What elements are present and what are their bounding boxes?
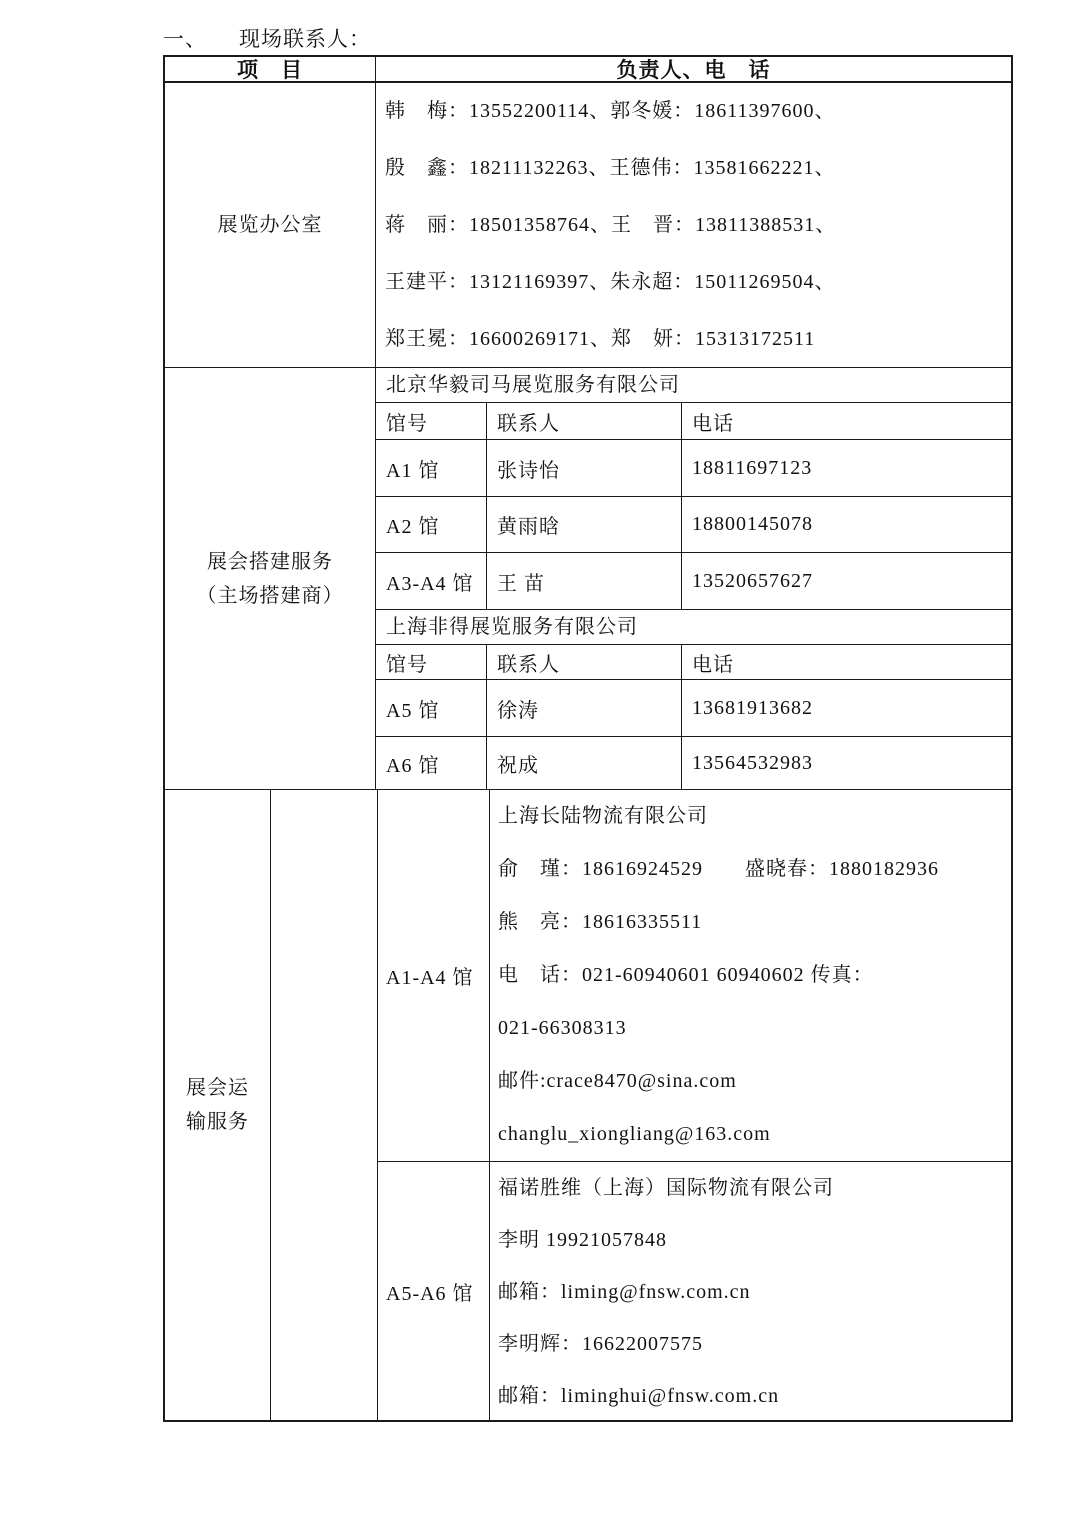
contact-name-cell: 王 苗 xyxy=(487,553,682,609)
contact-line: 蒋 丽：18501358764、王 晋：13811388531、 xyxy=(385,197,1011,254)
shipper-line: 邮件:crace8470@sina.com xyxy=(498,1055,1011,1108)
hall-column-header: 馆号 xyxy=(376,645,487,679)
builder-data-row: A6 馆 祝成 13564532983 xyxy=(376,737,1011,789)
transport-empty-cell xyxy=(271,790,378,1420)
phone-column-header: 电话 xyxy=(682,645,1011,679)
builder-data-row: A2 馆 黄雨晗 18800145078 xyxy=(376,497,1011,553)
builder-data-row: A3-A4 馆 王 苗 13520657627 xyxy=(376,553,1011,610)
contact-name-column-header: 联系人 xyxy=(487,645,682,679)
shipper-line: 上海长陆物流有限公司 xyxy=(498,790,1011,843)
contact-name-cell: 徐涛 xyxy=(487,680,682,736)
shipper-details: 福诺胜维（上海）国际物流有限公司 李明 19921057848 邮箱：limin… xyxy=(490,1162,1011,1420)
transport-row: 展会运 输服务 A1-A4 馆 上海长陆物流有限公司 俞 瑾：186169245… xyxy=(165,790,1011,1420)
builder-label-line2: （主场搭建商） xyxy=(197,579,344,613)
section-title: 现场联系人： xyxy=(239,23,371,53)
exhibition-office-row: 展览办公室 韩 梅：13552200114、郭冬媛：18611397600、 殷… xyxy=(165,83,1011,368)
contact-name-cell: 张诗怡 xyxy=(487,440,682,496)
phone-cell: 13564532983 xyxy=(682,737,1011,789)
shipper-details: 上海长陆物流有限公司 俞 瑾：18616924529 盛晓春：188018293… xyxy=(490,790,1011,1161)
hall-cell: A3-A4 馆 xyxy=(376,553,487,609)
transport-label-line1: 展会运 xyxy=(186,1071,249,1105)
hall-range-cell: A5-A6 馆 xyxy=(378,1162,490,1420)
shipper-line: 021-66308313 xyxy=(498,1002,1011,1055)
shipper-line: 邮箱：liming@fnsw.com.cn xyxy=(498,1266,1011,1318)
shipper-line: 电 话：021-60940601 60940602 传真： xyxy=(498,949,1011,1002)
contact-column-header: 负责人、电 话 xyxy=(376,57,1011,81)
builder-data-row: A5 馆 徐涛 13681913682 xyxy=(376,680,1011,737)
booth-builder-row: 展会搭建服务 （主场搭建商） 北京华毅司马展览服务有限公司 馆号 联系人 电话 … xyxy=(165,368,1011,790)
shipper-line: 李明 19921057848 xyxy=(498,1214,1011,1266)
phone-cell: 13520657627 xyxy=(682,553,1011,609)
builder-subheader-row: 馆号 联系人 电话 xyxy=(376,403,1011,440)
transport-label: 展会运 输服务 xyxy=(165,790,271,1420)
shipper-line: changlu_xiongliang@163.com xyxy=(498,1108,1011,1161)
transport-section-a5-a6: A5-A6 馆 福诺胜维（上海）国际物流有限公司 李明 19921057848 … xyxy=(378,1162,1011,1420)
builder-data-row: A1 馆 张诗怡 18811697123 xyxy=(376,440,1011,497)
contact-line: 韩 梅：13552200114、郭冬媛：18611397600、 xyxy=(385,83,1011,140)
transport-label-line2: 输服务 xyxy=(186,1105,249,1139)
contact-name-cell: 祝成 xyxy=(487,737,682,789)
company-name: 北京华毅司马展览服务有限公司 xyxy=(376,368,1011,403)
shipper-line: 邮箱：liminghui@fnsw.com.cn xyxy=(498,1370,1011,1422)
office-contacts: 韩 梅：13552200114、郭冬媛：18611397600、 殷 鑫：182… xyxy=(376,83,1011,367)
transport-section-a1-a4: A1-A4 馆 上海长陆物流有限公司 俞 瑾：18616924529 盛晓春：1… xyxy=(378,790,1011,1162)
hall-cell: A2 馆 xyxy=(376,497,487,552)
shipper-line: 福诺胜维（上海）国际物流有限公司 xyxy=(498,1162,1011,1214)
document-page: 一、 现场联系人： 项 目 负责人、电 话 展览办公室 韩 梅：13552200… xyxy=(0,0,1080,1528)
phone-cell: 13681913682 xyxy=(682,680,1011,736)
contact-line: 殷 鑫：18211132263、王德伟：13581662221、 xyxy=(385,140,1011,197)
contacts-table: 项 目 负责人、电 话 展览办公室 韩 梅：13552200114、郭冬媛：18… xyxy=(163,55,1013,1422)
hall-cell: A6 馆 xyxy=(376,737,487,789)
builder-subheader-row: 馆号 联系人 电话 xyxy=(376,645,1011,680)
company-name: 上海非得展览服务有限公司 xyxy=(376,610,1011,645)
transport-sections: A1-A4 馆 上海长陆物流有限公司 俞 瑾：18616924529 盛晓春：1… xyxy=(378,790,1011,1420)
phone-cell: 18811697123 xyxy=(682,440,1011,496)
hall-cell: A1 馆 xyxy=(376,440,487,496)
document-title: 一、 现场联系人： xyxy=(163,22,371,54)
shipper-line: 俞 瑾：18616924529 盛晓春：1880182936 xyxy=(498,843,1011,896)
contact-name-cell: 黄雨晗 xyxy=(487,497,682,552)
builder-label: 展会搭建服务 （主场搭建商） xyxy=(165,368,376,789)
hall-column-header: 馆号 xyxy=(376,403,487,439)
contact-line: 郑王冕：16600269171、郑 妍：15313172511 xyxy=(385,311,1011,368)
contact-line: 王建平：13121169397、朱永超：15011269504、 xyxy=(385,254,1011,311)
hall-cell: A5 馆 xyxy=(376,680,487,736)
shipper-line: 熊 亮：18616335511 xyxy=(498,896,1011,949)
builder-companies: 北京华毅司马展览服务有限公司 馆号 联系人 电话 A1 馆 张诗怡 188116… xyxy=(376,368,1011,789)
phone-cell: 18800145078 xyxy=(682,497,1011,552)
phone-column-header: 电话 xyxy=(682,403,1011,439)
project-column-header: 项 目 xyxy=(165,57,376,81)
builder-label-line1: 展会搭建服务 xyxy=(207,545,333,579)
section-marker: 一、 xyxy=(163,23,207,53)
hall-range-cell: A1-A4 馆 xyxy=(378,790,490,1161)
contact-name-column-header: 联系人 xyxy=(487,403,682,439)
office-label: 展览办公室 xyxy=(165,83,376,367)
table-header-row: 项 目 负责人、电 话 xyxy=(165,57,1011,83)
shipper-line: 李明辉：16622007575 xyxy=(498,1318,1011,1370)
